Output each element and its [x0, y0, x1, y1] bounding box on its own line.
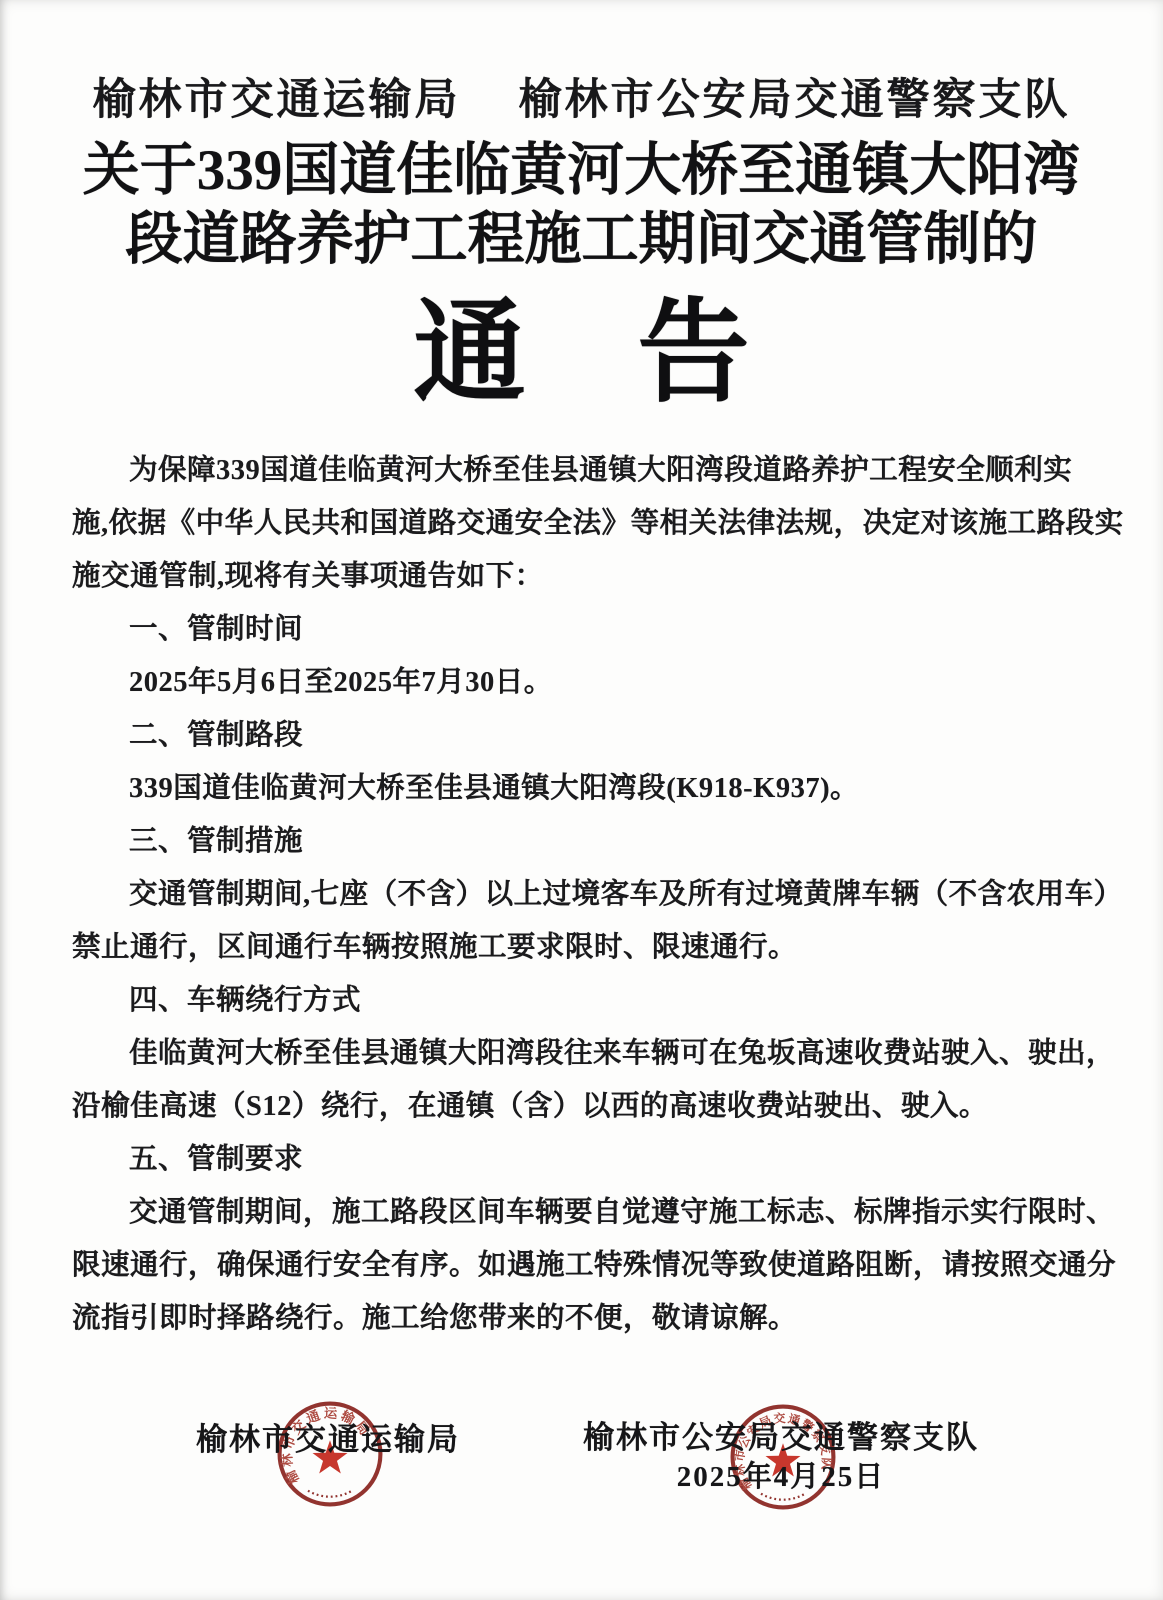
- notice-body: 为保障339国道佳临黄河大桥至佳县通镇大阳湾段道路养护工程安全顺利实施,依据《中…: [72, 444, 1091, 1345]
- signature-date: 2025年4月25日: [571, 1460, 991, 1494]
- official-seal-right-icon: 榆林市公安局交通警察支队: [728, 1402, 838, 1512]
- seal-code-arc: [308, 1491, 352, 1497]
- notice-document: 榆林市交通运输局 榆林市公安局交通警察支队 关于339国道佳临黄河大桥至通镇大阳…: [0, 0, 1163, 1600]
- section-heading: 一、管制时间: [72, 603, 1091, 656]
- body-line: 2025年5月6日至2025年7月30日。: [72, 656, 1091, 709]
- seal-code-arc: [761, 1494, 805, 1500]
- body-line: 禁止通行，区间通行车辆按照施工要求限时、限速通行。: [72, 921, 1091, 974]
- section-heading: 四、车辆绕行方式: [72, 974, 1091, 1027]
- section-heading: 三、管制措施: [72, 815, 1091, 868]
- signature-right-agency: 榆林市公安局交通警察支队: [571, 1420, 991, 1456]
- notice-title-line1: 关于339国道佳临黄河大桥至通镇大阳湾: [20, 136, 1143, 205]
- section-heading: 二、管制路段: [72, 709, 1091, 762]
- seal-ring-text-left: 榆林市交通运输局: [278, 1406, 374, 1487]
- svg-text:榆林市交通运输局: 榆林市交通运输局: [278, 1406, 374, 1487]
- agency-name-right: 榆林市公安局交通警察支队: [519, 76, 1071, 126]
- body-line: 佳临黄河大桥至佳县通镇大阳湾段往来车辆可在兔坂高速收费站驶入、驶出，: [72, 1027, 1091, 1080]
- body-line: 339国道佳临黄河大桥至佳县通镇大阳湾段(K918-K937)。: [72, 762, 1091, 815]
- body-line: 施,依据《中华人民共和国道路交通安全法》等相关法律法规，决定对该施工路段实: [72, 497, 1091, 550]
- body-line: 交通管制期间,七座（不含）以上过境客车及所有过境黄牌车辆（不含农用车）: [72, 868, 1091, 921]
- seal-ring-text-right: 榆林市公安局交通警察支队: [732, 1411, 834, 1492]
- official-seal-left-icon: 榆林市交通运输局: [275, 1399, 385, 1509]
- svg-text:榆林市公安局交通警察支队: 榆林市公安局交通警察支队: [732, 1411, 834, 1492]
- seal-star-icon: [765, 1443, 800, 1476]
- notice-title-line2: 段道路养护工程施工期间交通管制的: [20, 205, 1143, 274]
- agency-name-left: 榆林市交通运输局: [93, 76, 461, 126]
- body-line: 流指引即时择路绕行。施工给您带来的不便，敬请谅解。: [72, 1292, 1091, 1345]
- body-line: 限速通行，确保通行安全有序。如遇施工特殊情况等致使道路阻断，请按照交通分: [72, 1239, 1091, 1292]
- issuing-agencies: 榆林市交通运输局 榆林市公安局交通警察支队: [0, 0, 1163, 126]
- body-line: 交通管制期间，施工路段区间车辆要自觉遵守施工标志、标牌指示实行限时、: [72, 1186, 1091, 1239]
- seal-star-icon: [312, 1440, 347, 1473]
- signature-left-agency: 榆林市交通运输局: [118, 1422, 538, 1458]
- body-line: 施交通管制,现将有关事项通告如下：: [72, 550, 1091, 603]
- body-line: 为保障339国道佳临黄河大桥至佳县通镇大阳湾段道路养护工程安全顺利实: [72, 444, 1091, 497]
- section-heading: 五、管制要求: [72, 1133, 1091, 1186]
- notice-title: 关于339国道佳临黄河大桥至通镇大阳湾 段道路养护工程施工期间交通管制的: [20, 136, 1143, 274]
- body-line: 沿榆佳高速（S12）绕行，在通镇（含）以西的高速收费站驶出、驶入。: [72, 1080, 1091, 1133]
- doc-type-heading: 通告: [0, 290, 1163, 418]
